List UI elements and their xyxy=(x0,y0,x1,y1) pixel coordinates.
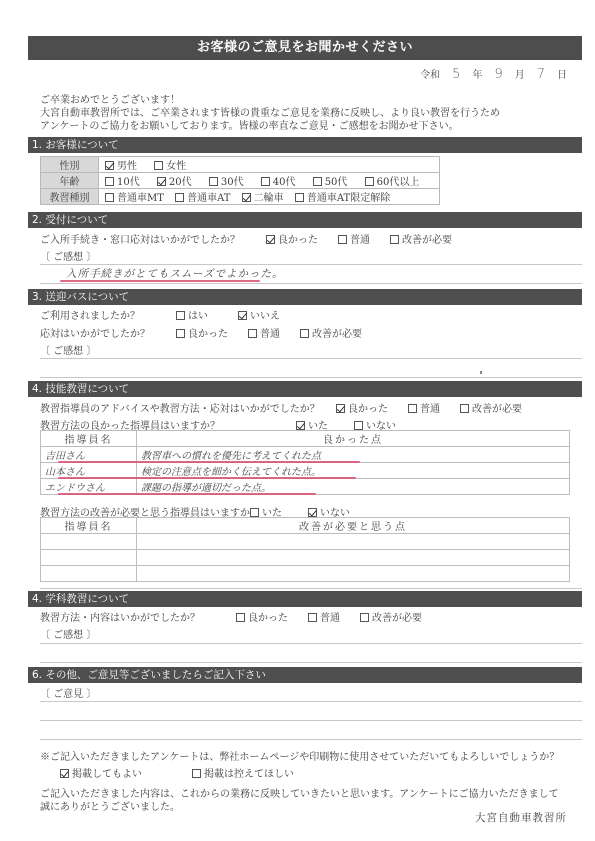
option-normal[interactable]: 普通 xyxy=(408,400,440,415)
divider xyxy=(40,588,582,589)
option-male[interactable]: 男性 xyxy=(105,157,137,172)
school-signature: 大宮自動車教習所 xyxy=(475,810,567,825)
table-header: 指導員名 改善が必要と思う点 xyxy=(41,518,570,534)
table-row-age: 年齢 10代 20代 30代 40代 50代 60代以上 xyxy=(41,173,440,189)
instructor-advice-row: 教習指導員のアドバイスや教習方法・応対はいかがでしたか？ 良かった 普通 改善が… xyxy=(40,400,542,415)
month-label: 月 xyxy=(515,66,525,81)
checkbox-icon[interactable] xyxy=(250,508,259,517)
month-value[interactable]: 9 xyxy=(494,67,502,82)
option-label: 普通 xyxy=(350,235,370,246)
underline-highlight xyxy=(58,493,316,495)
section-heading-practical-training: 4. 技能教習について xyxy=(28,381,582,397)
row-label: 教習種別 xyxy=(41,189,99,205)
section-heading-customer: 1. お客様について xyxy=(28,137,582,153)
intro-text: ご卒業おめでとうございます！ 大宮自動車教習所では、ご卒業されます皆様の貴重なご… xyxy=(40,94,580,133)
option-good[interactable]: 良かった xyxy=(236,609,288,624)
option-label: 改善が必要 xyxy=(472,404,522,415)
table-row xyxy=(41,550,570,566)
option-yes[interactable]: はい xyxy=(176,307,208,322)
option-label: 30代 xyxy=(221,177,244,188)
option-normal[interactable]: 普通 xyxy=(248,325,280,340)
instructor-name[interactable] xyxy=(41,566,137,582)
option-10s[interactable]: 10代 xyxy=(105,173,140,188)
option-label: 良かった xyxy=(278,235,318,246)
checkbox-checked-icon[interactable] xyxy=(336,404,345,413)
scan-artifact xyxy=(480,371,482,374)
form-title: お客様のご意見をお聞かせください xyxy=(28,36,582,60)
option-label: 40代 xyxy=(273,177,296,188)
option-label: 20代 xyxy=(169,177,192,188)
option-label: はい xyxy=(188,311,208,322)
option-label: 普通車AT xyxy=(187,193,230,204)
improve-instructor-table: 指導員名 改善が必要と思う点 xyxy=(40,517,570,582)
year-label: 年 xyxy=(472,66,482,81)
intro-line: アンケートのご協力をお願いしております。皆様の率直なご意見・ご感想をお聞かせ下さ… xyxy=(40,120,580,133)
option-30s[interactable]: 30代 xyxy=(209,173,244,188)
divider xyxy=(40,662,582,663)
option-60s-plus[interactable]: 60代以上 xyxy=(365,173,420,188)
checkbox-icon[interactable] xyxy=(209,177,218,186)
checkbox-icon[interactable] xyxy=(248,329,257,338)
reception-question-row: ご入所手続き・窓口応対はいかがでしたか？ 良かった 普通 改善が必要 xyxy=(40,231,472,246)
option-label: 掲載してもよい xyxy=(72,769,142,780)
consent-question: ※ご記入いただきましたアンケートは、弊社ホームページや印刷物に使用させていただい… xyxy=(40,751,559,764)
option-good[interactable]: 良かった xyxy=(176,325,228,340)
reception-comment[interactable]: 入所手続きがとてもスムーズでよかった。 xyxy=(66,266,283,281)
checkbox-icon[interactable] xyxy=(261,177,270,186)
column-header: 良かった点 xyxy=(137,431,570,447)
underline-highlight xyxy=(58,477,356,479)
checkbox-checked-icon[interactable] xyxy=(242,193,251,202)
section-heading-shuttle-bus: 3. 送迎バスについて xyxy=(28,289,582,305)
divider xyxy=(40,358,582,359)
option-label: 良かった xyxy=(248,613,288,624)
divider xyxy=(40,264,582,265)
checkbox-checked-icon[interactable] xyxy=(105,161,114,170)
checkbox-icon[interactable] xyxy=(365,177,374,186)
question-text: 応対はいかがでしたか？ xyxy=(40,325,176,340)
option-label: 60代以上 xyxy=(377,177,420,188)
divider xyxy=(40,643,582,644)
option-needs-improvement[interactable]: 改善が必要 xyxy=(360,609,422,624)
option-normal[interactable]: 普通 xyxy=(308,609,340,624)
row-label: 性別 xyxy=(41,157,99,173)
improvement-point[interactable] xyxy=(137,534,570,550)
instructor-name[interactable] xyxy=(41,534,137,550)
intro-line: ご卒業おめでとうございます！ xyxy=(40,94,580,107)
section-heading-classroom: 4. 学科教習について xyxy=(28,591,582,607)
checkbox-checked-icon[interactable] xyxy=(296,421,305,430)
option-no[interactable]: いいえ xyxy=(238,307,280,322)
table-row-course: 教習種別 普通車MT 普通車AT 二輪車 普通車AT限定解除 xyxy=(41,189,440,205)
column-header: 指導員名 xyxy=(41,518,137,534)
option-needs-improvement[interactable]: 改善が必要 xyxy=(460,400,522,415)
table-row-gender: 性別 男性 女性 xyxy=(41,157,440,173)
option-needs-improvement[interactable]: 改善が必要 xyxy=(300,325,362,340)
question-text: ご入所手続き・窓口応対はいかがでしたか？ xyxy=(40,231,266,246)
checkbox-checked-icon[interactable] xyxy=(60,769,69,778)
survey-form: お客様のご意見をお聞かせください 令和 5 年 9 月 7 日 ご卒業おめでとう… xyxy=(0,0,595,841)
option-label: 女性 xyxy=(166,161,186,172)
option-motorcycle[interactable]: 二輪車 xyxy=(242,189,284,204)
option-needs-improvement[interactable]: 改善が必要 xyxy=(390,231,452,246)
checkbox-icon[interactable] xyxy=(154,161,163,170)
year-value[interactable]: 5 xyxy=(452,67,460,82)
checkbox-icon[interactable] xyxy=(313,177,322,186)
bus-service-row: 応対はいかがでしたか？ 良かった 普通 改善が必要 xyxy=(40,325,382,340)
checkbox-icon[interactable] xyxy=(338,235,347,244)
option-label: 良かった xyxy=(348,404,388,415)
thanks-line: ご記入いただきました内容は、これからの業務に反映していきたいと思います。アンケー… xyxy=(40,788,559,801)
option-label: 二輪車 xyxy=(254,193,284,204)
option-good[interactable]: 良かった xyxy=(266,231,318,246)
option-label: 普通車AT限定解除 xyxy=(307,193,390,204)
option-label: 男性 xyxy=(117,161,137,172)
options-cell: 男性 女性 xyxy=(99,157,440,173)
option-label: 普通車MT xyxy=(117,193,164,204)
instructor-name[interactable] xyxy=(41,550,137,566)
option-at-limit-removal[interactable]: 普通車AT限定解除 xyxy=(295,189,390,204)
intro-line: 大宮自動車教習所では、ご卒業されます皆様の貴重なご意見を業務に反映し、より良い教… xyxy=(40,107,580,120)
checkbox-icon[interactable] xyxy=(300,329,309,338)
section-heading-reception: 2. 受付について xyxy=(28,212,582,228)
checkbox-icon[interactable] xyxy=(175,193,184,202)
bus-usage-row: ご利用されましたか？ はい いいえ xyxy=(40,307,300,322)
option-label: 10代 xyxy=(117,177,140,188)
checkbox-icon[interactable] xyxy=(360,613,369,622)
date-row: 令和 5 年 9 月 7 日 xyxy=(420,66,567,82)
question-text: ご利用されましたか？ xyxy=(40,307,176,322)
option-20s[interactable]: 20代 xyxy=(157,173,192,188)
checkbox-checked-icon[interactable] xyxy=(266,235,275,244)
question-text: 教習方法・内容はいかがでしたか？ xyxy=(40,609,236,624)
checkbox-icon[interactable] xyxy=(460,404,469,413)
column-header: 指導員名 xyxy=(41,431,137,447)
comment-label: 〔 ご感想 〕 xyxy=(40,342,96,357)
day-label: 日 xyxy=(557,66,567,81)
option-label: 改善が必要 xyxy=(372,613,422,624)
improvement-point[interactable] xyxy=(137,550,570,566)
comment-label: 〔 ご感想 〕 xyxy=(40,248,96,263)
consent-options-row: 掲載してもよい 掲載は控えてほしい xyxy=(60,765,314,780)
divider xyxy=(40,377,582,378)
option-at[interactable]: 普通車AT xyxy=(175,189,230,204)
checkbox-icon[interactable] xyxy=(105,193,114,202)
option-label: 50代 xyxy=(325,177,348,188)
table-row xyxy=(41,566,570,582)
option-label: 改善が必要 xyxy=(402,235,452,246)
checkbox-icon[interactable] xyxy=(176,311,185,320)
option-normal[interactable]: 普通 xyxy=(338,231,370,246)
option-mt[interactable]: 普通車MT xyxy=(105,189,164,204)
checkbox-icon[interactable] xyxy=(105,177,114,186)
option-label: 普通 xyxy=(420,404,440,415)
option-label: 掲載は控えてほしい xyxy=(204,769,294,780)
table-header: 指導員名 良かった点 xyxy=(41,431,570,447)
option-50s[interactable]: 50代 xyxy=(313,173,348,188)
option-female[interactable]: 女性 xyxy=(154,157,186,172)
checkbox-icon[interactable] xyxy=(295,193,304,202)
checkbox-icon[interactable] xyxy=(176,329,185,338)
improvement-point[interactable] xyxy=(137,566,570,582)
option-decline-publish[interactable]: 掲載は控えてほしい xyxy=(192,765,294,780)
option-label: 普通 xyxy=(260,329,280,340)
option-40s[interactable]: 40代 xyxy=(261,173,296,188)
customer-info-table: 性別 男性 女性 年齢 10代 20代 30代 40代 50代 60代以上 教習… xyxy=(40,156,440,205)
classroom-question-row: 教習方法・内容はいかがでしたか？ 良かった 普通 改善が必要 xyxy=(40,609,442,624)
day-value[interactable]: 7 xyxy=(537,67,545,82)
checkbox-checked-icon[interactable] xyxy=(308,508,317,517)
divider xyxy=(40,283,582,284)
option-label: いいえ xyxy=(250,311,280,322)
divider xyxy=(40,701,582,702)
column-header: 改善が必要と思う点 xyxy=(137,518,570,534)
row-label: 年齢 xyxy=(41,173,99,189)
comment-label: 〔 ご感想 〕 xyxy=(40,626,96,641)
option-allow-publish[interactable]: 掲載してもよい xyxy=(60,765,142,780)
era-label: 令和 xyxy=(420,66,440,81)
checkbox-icon[interactable] xyxy=(390,235,399,244)
option-label: 普通 xyxy=(320,613,340,624)
checkbox-checked-icon[interactable] xyxy=(157,177,166,186)
section-heading-other: 6. その他、ご意見等ございましたらご記入下さい xyxy=(28,667,582,683)
option-good[interactable]: 良かった xyxy=(336,400,388,415)
table-row xyxy=(41,534,570,550)
question-text: 教習指導員のアドバイスや教習方法・応対はいかがでしたか？ xyxy=(40,400,336,415)
option-label: 改善が必要 xyxy=(312,329,362,340)
divider xyxy=(40,720,582,721)
underline-highlight xyxy=(58,461,360,463)
checkbox-icon[interactable] xyxy=(192,769,201,778)
options-cell: 10代 20代 30代 40代 50代 60代以上 xyxy=(99,173,440,189)
options-cell: 普通車MT 普通車AT 二輪車 普通車AT限定解除 xyxy=(99,189,440,205)
checkbox-checked-icon[interactable] xyxy=(238,311,247,320)
checkbox-icon[interactable] xyxy=(236,613,245,622)
underline-highlight xyxy=(60,280,260,282)
option-label: 良かった xyxy=(188,329,228,340)
checkbox-icon[interactable] xyxy=(354,421,363,430)
divider xyxy=(40,739,582,740)
checkbox-icon[interactable] xyxy=(408,404,417,413)
checkbox-icon[interactable] xyxy=(308,613,317,622)
comment-label: 〔 ご意見 〕 xyxy=(40,685,96,700)
